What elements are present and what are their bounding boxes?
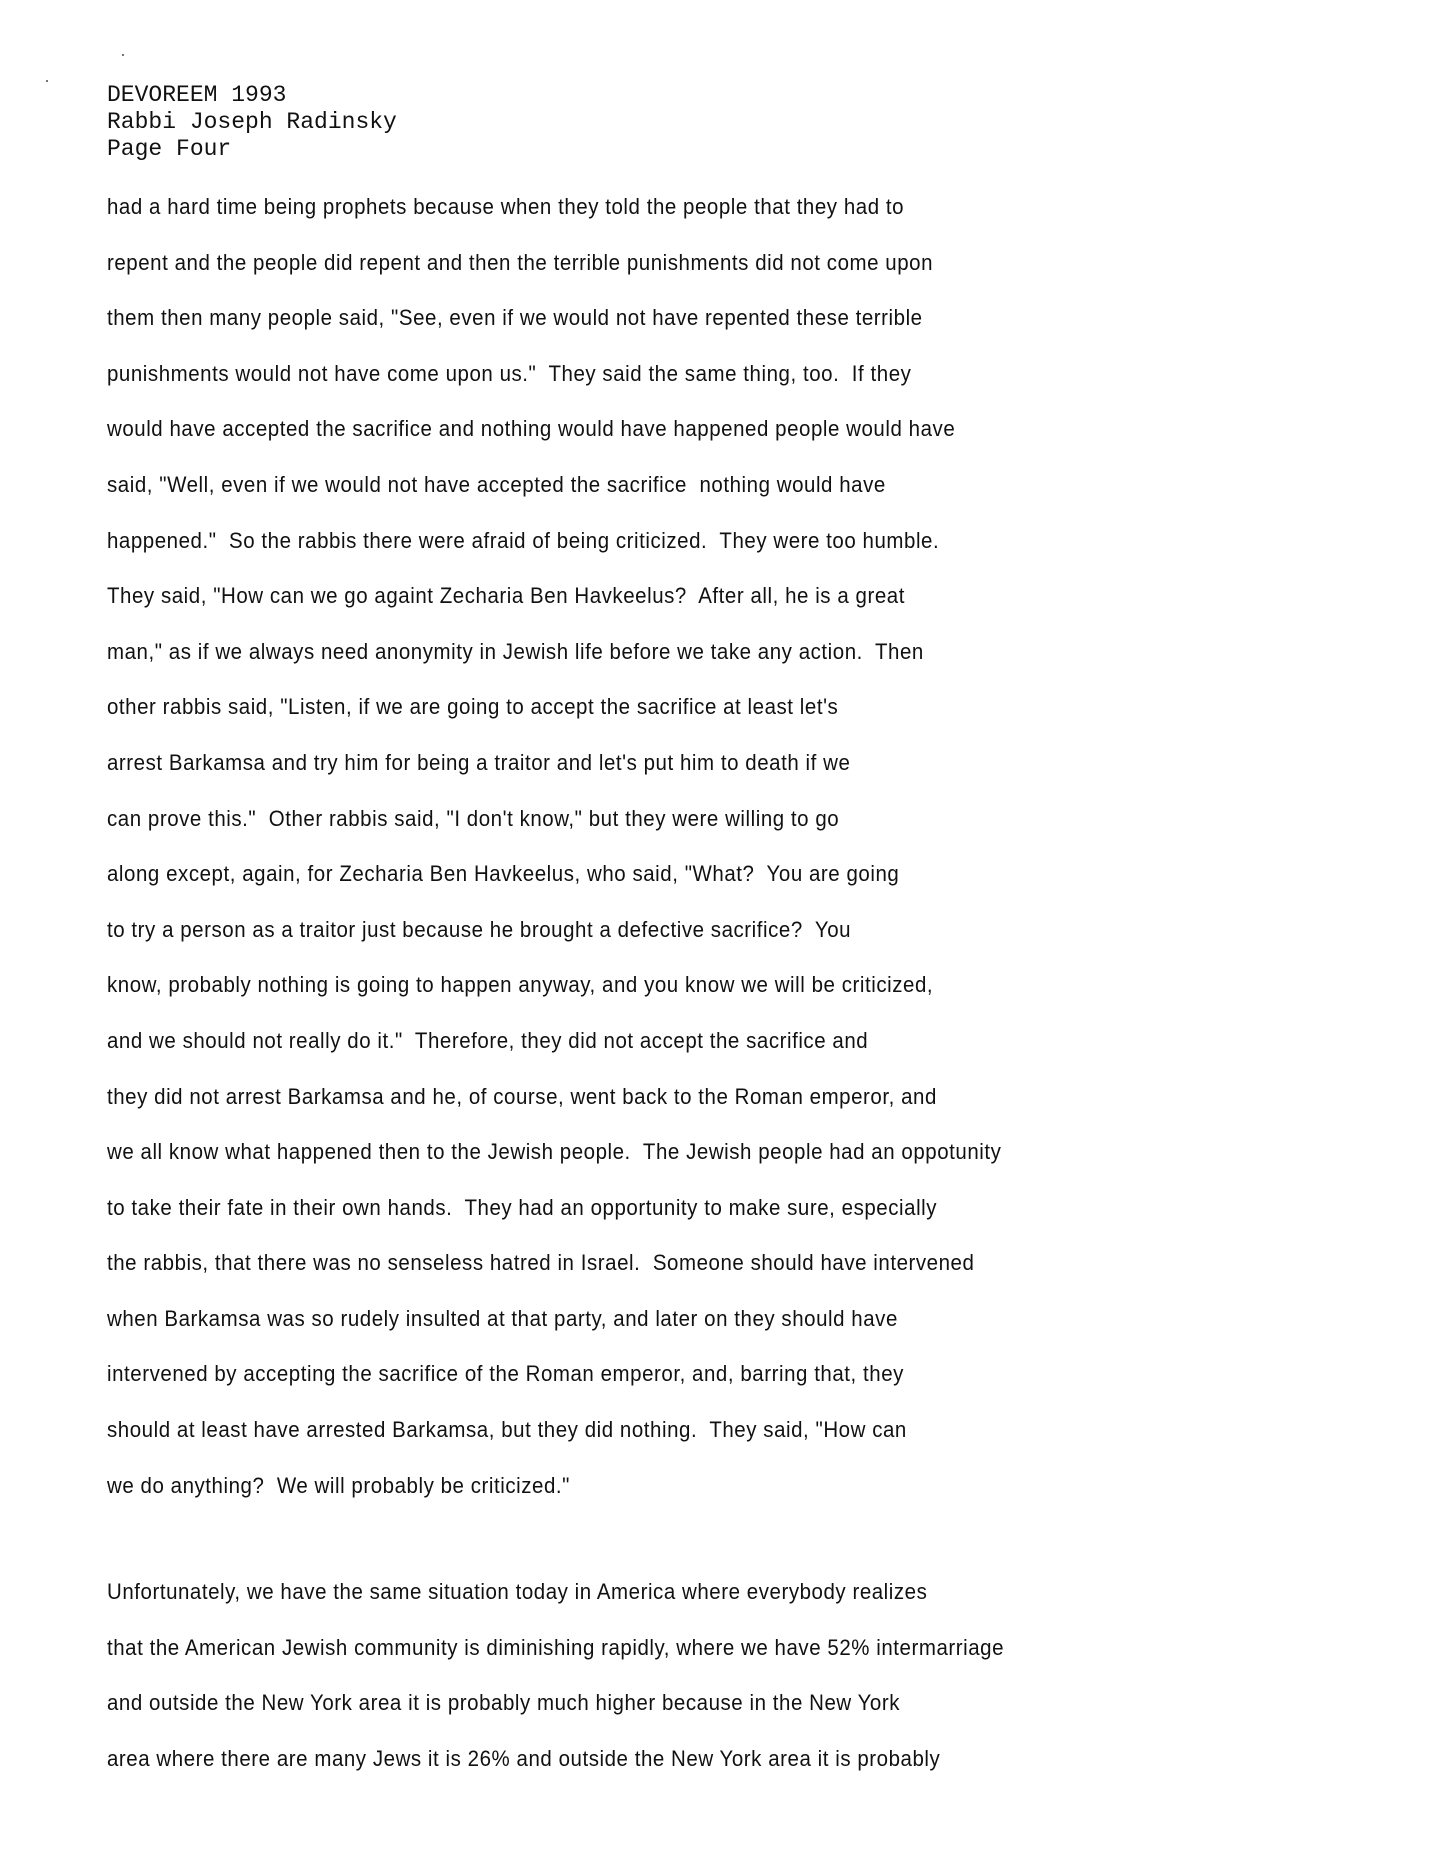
text-line: said, "Well, even if we would not have a… <box>107 470 1001 526</box>
text-line: repent and the people did repent and the… <box>107 248 1001 304</box>
text-line: know, probably nothing is going to happe… <box>107 970 1001 1026</box>
text-line: arrest Barkamsa and try him for being a … <box>107 748 1001 804</box>
text-line: the rabbis, that there was no senseless … <box>107 1248 1001 1304</box>
text-line: to try a person as a traitor just becaus… <box>107 915 1001 971</box>
document-title: DEVOREEM 1993 <box>107 82 397 109</box>
text-line: area where there are many Jews it is 26%… <box>107 1744 1004 1800</box>
text-line: intervened by accepting the sacrifice of… <box>107 1359 1001 1415</box>
text-line: would have accepted the sacrifice and no… <box>107 414 1001 470</box>
text-line: had a hard time being prophets because w… <box>107 192 1001 248</box>
scan-speck <box>122 54 124 56</box>
text-line: when Barkamsa was so rudely insulted at … <box>107 1304 1001 1360</box>
text-line: Unfortunately, we have the same situatio… <box>107 1577 1004 1633</box>
text-line: can prove this." Other rabbis said, "I d… <box>107 804 1001 860</box>
scan-speck <box>46 80 48 82</box>
text-line: and we should not really do it." Therefo… <box>107 1026 1001 1082</box>
paragraph-1: had a hard time being prophets because w… <box>107 192 1001 1526</box>
text-line: They said, "How can we go againt Zechari… <box>107 581 1001 637</box>
text-line: along except, again, for Zecharia Ben Ha… <box>107 859 1001 915</box>
document-page: DEVOREEM 1993 Rabbi Joseph Radinsky Page… <box>0 0 1430 1851</box>
text-line: man," as if we always need anonymity in … <box>107 637 1001 693</box>
page-label: Page Four <box>107 136 397 163</box>
text-line: punishments would not have come upon us.… <box>107 359 1001 415</box>
text-line: them then many people said, "See, even i… <box>107 303 1001 359</box>
text-line: that the American Jewish community is di… <box>107 1633 1004 1689</box>
text-line: and outside the New York area it is prob… <box>107 1688 1004 1744</box>
text-line: they did not arrest Barkamsa and he, of … <box>107 1082 1001 1138</box>
text-line: happened." So the rabbis there were afra… <box>107 526 1001 582</box>
document-author: Rabbi Joseph Radinsky <box>107 109 397 136</box>
text-line: should at least have arrested Barkamsa, … <box>107 1415 1001 1471</box>
text-line: to take their fate in their own hands. T… <box>107 1193 1001 1249</box>
text-line: we do anything? We will probably be crit… <box>107 1471 1001 1527</box>
paragraph-2: Unfortunately, we have the same situatio… <box>107 1577 1004 1799</box>
text-line: we all know what happened then to the Je… <box>107 1137 1001 1193</box>
text-line: other rabbis said, "Listen, if we are go… <box>107 692 1001 748</box>
document-header: DEVOREEM 1993 Rabbi Joseph Radinsky Page… <box>107 82 397 163</box>
